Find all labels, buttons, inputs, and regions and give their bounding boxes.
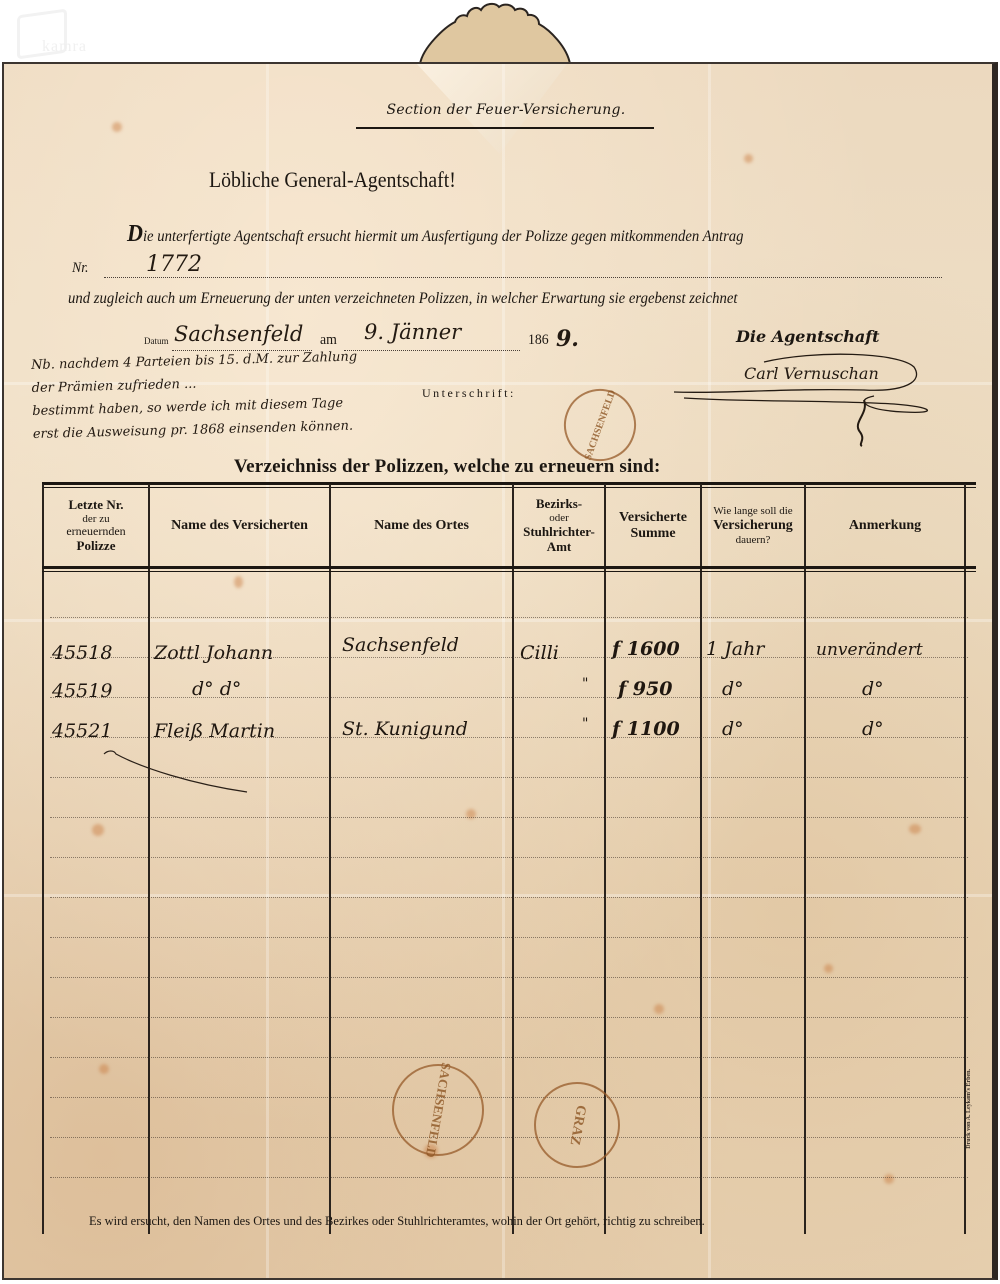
column-header-anmerkung: Anmerkung	[806, 492, 964, 560]
column-header-dauer: Wie lange soll die Versicherung dauern?	[702, 492, 804, 560]
greeting-title: Löbliche General-Agentschaft!	[209, 167, 456, 193]
postmark-stamp: GRAZ	[527, 1075, 627, 1175]
cell-dauer[interactable]: d°	[722, 718, 744, 740]
column-divider	[700, 484, 702, 1234]
column-divider	[329, 484, 331, 1234]
ruled-line	[50, 697, 968, 698]
section-heading-rule	[356, 127, 654, 129]
cell-bezirk[interactable]: Cilli	[520, 642, 559, 664]
closing-stroke-icon	[102, 748, 252, 798]
cell-dauer[interactable]: d°	[722, 678, 744, 700]
datum-day-month[interactable]: 9. Jänner	[364, 320, 461, 344]
printer-imprint: Druck von A. Leykam's Erben.	[966, 1069, 972, 1149]
postmark-label: SACHSENFELD	[582, 388, 618, 461]
cell-summe[interactable]: f 1600	[612, 638, 680, 660]
cell-anmerkung[interactable]: d°	[862, 678, 884, 700]
request-line-text: ie unterfertigte Agentschaft ersucht hie…	[143, 228, 744, 245]
postmark-label: GRAZ	[566, 1104, 589, 1147]
ruled-line	[50, 1057, 968, 1058]
signature-label: Unterschrift:	[422, 386, 516, 401]
nr-field-line	[104, 277, 942, 278]
request-line: Die unterfertigte Agentschaft ersucht hi…	[127, 221, 744, 248]
header-bottom-rule	[42, 566, 976, 569]
postmark-label: SACHSENFELD	[422, 1061, 454, 1158]
dropcap: D	[127, 221, 143, 247]
year-prefix: 186	[528, 332, 549, 349]
header-bottom-rule-thin	[42, 571, 976, 572]
column-divider	[512, 484, 514, 1234]
cell-bezirk[interactable]: "	[582, 716, 588, 732]
cell-name[interactable]: Fleiß Martin	[154, 720, 275, 742]
cell-dauer[interactable]: 1 Jahr	[706, 638, 764, 660]
watermark-text: kamra	[42, 38, 87, 56]
cell-nr[interactable]: 45521	[52, 720, 112, 742]
footnote: Es wird ersucht, den Namen des Ortes und…	[89, 1214, 705, 1229]
envelope-flap-icon	[415, 2, 575, 66]
cell-nr[interactable]: 45518	[52, 642, 112, 664]
cell-bezirk[interactable]: "	[582, 676, 588, 692]
column-header-bezirk: Bezirks- oder Stuhlrichter- Amt	[514, 492, 604, 560]
foxing-spot	[744, 154, 753, 163]
ruled-line	[50, 897, 968, 898]
ruled-line	[50, 857, 968, 858]
postmark-stamp: SACHSENFELD	[385, 1057, 492, 1164]
datum-label: Datum	[144, 336, 169, 346]
document-sheet: Section der Feuer-Versicherung. Löbliche…	[2, 62, 998, 1280]
cell-ort[interactable]: St. Kunigund	[342, 718, 468, 740]
cell-name[interactable]: Zottl Johann	[154, 642, 273, 664]
cell-name[interactable]: d° d°	[192, 678, 241, 700]
ruled-line	[50, 1017, 968, 1018]
column-header-ort: Name des Ortes	[331, 492, 512, 560]
ruled-line	[50, 977, 968, 978]
cell-summe[interactable]: f 950	[618, 678, 672, 700]
datum-date-line	[344, 350, 520, 351]
ruled-line	[50, 1097, 968, 1098]
cell-ort[interactable]: Sachsenfeld	[342, 634, 459, 656]
year-suffix[interactable]: 9.	[556, 326, 579, 352]
signature[interactable]: Carl Vernuschan	[744, 364, 879, 383]
cell-anmerkung[interactable]: d°	[862, 718, 884, 740]
foxing-spot	[112, 122, 122, 132]
cell-summe[interactable]: f 1100	[612, 718, 680, 740]
ruled-line	[50, 1137, 968, 1138]
ruled-line	[50, 617, 968, 618]
column-divider	[148, 484, 150, 1234]
ruled-line	[50, 937, 968, 938]
watermark-logo: kamra	[12, 12, 112, 57]
column-header-nr: Letzte Nr. der zu erneuernden Polizze	[44, 492, 148, 560]
column-header-summe: Versicherte Summe	[606, 492, 700, 560]
list-title: Verzeichniss der Polizzen, welche zu ern…	[234, 456, 661, 478]
column-header-name: Name des Versicherten	[150, 492, 329, 560]
cell-nr[interactable]: 45519	[52, 680, 112, 702]
cell-anmerkung[interactable]: unverändert	[816, 640, 923, 660]
ruled-line	[50, 1177, 968, 1178]
nr-value[interactable]: 1772	[146, 252, 202, 277]
agency-label: Die Agentschaft	[736, 327, 880, 346]
policies-table: Letzte Nr. der zu erneuernden Polizze Na…	[42, 484, 976, 1234]
renewal-line: und zugleich auch um Erneuerung der unte…	[68, 290, 737, 308]
margin-note: Nb. nachdem 4 Parteien bis 15. d.M. zur …	[31, 345, 359, 446]
ruled-line	[50, 817, 968, 818]
column-divider	[804, 484, 806, 1234]
section-heading: Section der Feuer-Versicherung.	[356, 102, 656, 118]
column-divider	[42, 484, 44, 1234]
nr-label: Nr.	[72, 260, 89, 277]
datum-place[interactable]: Sachsenfeld	[174, 322, 303, 346]
